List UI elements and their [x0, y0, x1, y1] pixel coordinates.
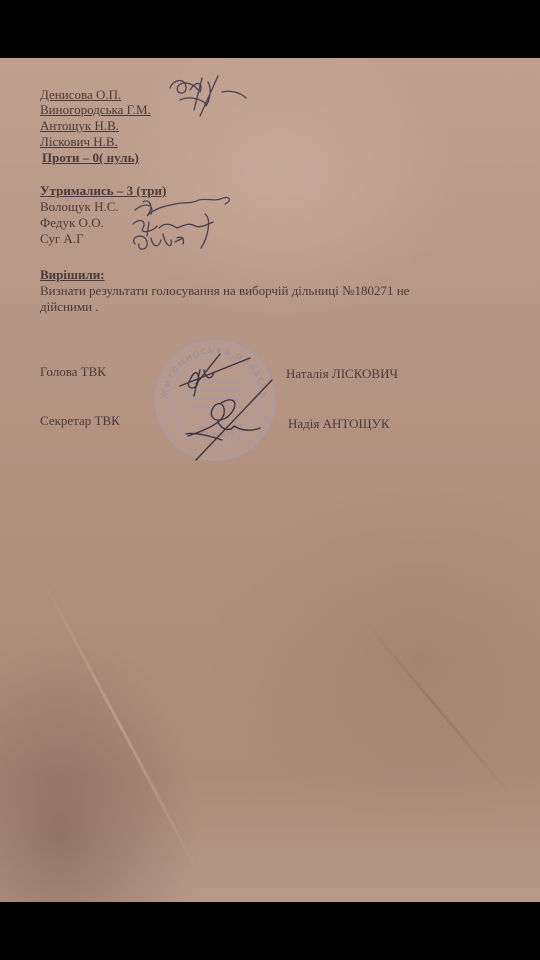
handwritten-signatures-abstained — [125, 192, 250, 262]
secretary-role: Секретар ТВК — [40, 413, 120, 428]
abstained-member-name: Волощук Н.С. — [40, 199, 119, 214]
member-name: Антощук Н.В. — [40, 118, 119, 133]
paper-crease — [360, 616, 517, 802]
chair-role: Голова ТВК — [40, 364, 106, 379]
paper-crease — [40, 577, 202, 879]
member-name: Денисова О.П. — [40, 87, 121, 102]
handwritten-signature-chair-secretary — [160, 340, 290, 470]
chair-name: Наталія ЛІСКОВИЧ — [286, 366, 398, 381]
decision-heading: Вирішили: — [40, 267, 105, 282]
member-name: Виногородська Г.М. — [40, 102, 151, 117]
decision-text: Визнати результати голосування на виборч… — [40, 283, 409, 298]
member-name: Ліскович Н.В. — [40, 134, 118, 149]
handwritten-signature — [160, 70, 270, 120]
against-count: Проти – 0( нуль) — [42, 150, 139, 165]
decision-text: дійсними . — [40, 299, 99, 314]
secretary-name: Надія АНТОЩУК — [288, 416, 390, 431]
abstained-member-name: Федук О.О. — [40, 215, 104, 230]
abstained-member-name: Суг А.Г — [40, 231, 84, 246]
